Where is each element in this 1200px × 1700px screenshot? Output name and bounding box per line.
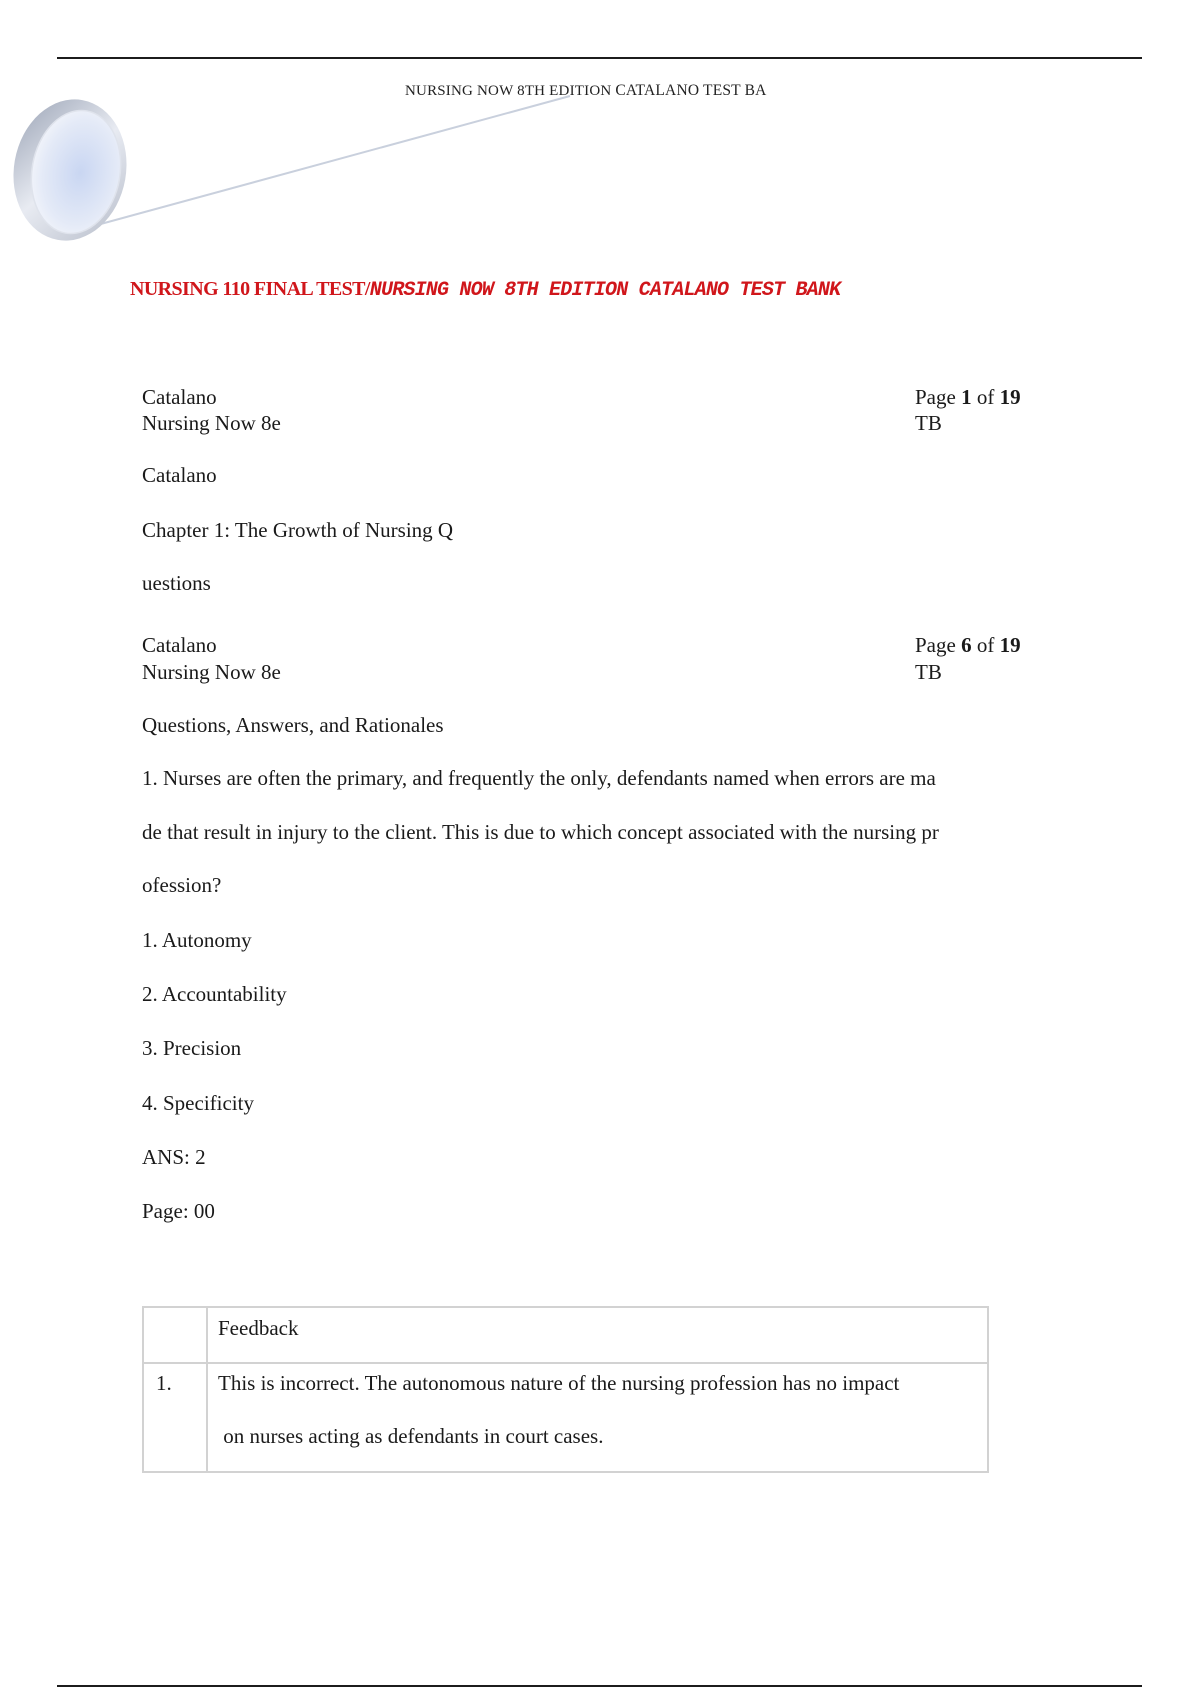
answer-key: ANS: 2 [142,1144,206,1170]
intro-author: Catalano [142,462,217,488]
question-stem-line-2: de that result in injury to the client. … [142,819,939,845]
question-stem-line-3: ofession? [142,872,221,898]
running-header-part2: CATALANO TEST BA [615,82,766,99]
page-label: Page [915,385,961,409]
page-total: 19 [1000,633,1021,657]
feedback-row-number: 1. [156,1371,172,1396]
feedback-row-text-line-1: This is incorrect. The autonomous nature… [218,1371,899,1396]
document-title-book: NURSING NOW 8TH EDITION CATALANO TEST BA… [370,279,840,302]
answer-option-2: 2. Accountability [142,981,287,1007]
feedback-table-column-divider [206,1308,208,1471]
page-header-1-author: Catalano [142,384,217,410]
page-label: Page [915,633,961,657]
feedback-table-row-divider [144,1362,987,1364]
page-header-2-author: Catalano [142,632,217,658]
answer-option-3: 3. Precision [142,1035,241,1061]
page-current: 6 [961,633,972,657]
page-of: of [972,385,1000,409]
document-title-course: NURSING 110 FINAL TEST/ [130,278,370,300]
disc-logo-icon [0,80,580,250]
footer-rule [57,1685,1142,1687]
answer-option-1: 1. Autonomy [142,927,252,953]
page-header-2-code: TB [915,659,942,685]
chapter-title: Chapter 1: The Growth of Nursing Q [142,517,453,543]
running-header-part1: NURSING NOW 8TH EDITION [405,83,611,99]
page-header-2-book: Nursing Now 8e [142,659,281,685]
page-of: of [972,633,1000,657]
page-total: 19 [1000,385,1021,409]
page-header-1-book: Nursing Now 8e [142,410,281,436]
page-header-1-page-number: Page 1 of 19 [915,384,1021,410]
section-title: Questions, Answers, and Rationales [142,712,444,738]
page-header-1-code: TB [915,410,942,436]
answer-option-4: 4. Specificity [142,1090,254,1116]
chapter-title-wrap: uestions [142,570,211,596]
document-title: NURSING 110 FINAL TEST/NURSING NOW 8TH E… [130,278,840,302]
feedback-table: Feedback 1. This is incorrect. The auton… [142,1306,989,1473]
feedback-row-text-line-2: on nurses acting as defendants in court … [218,1424,603,1449]
page-reference: Page: 00 [142,1198,215,1224]
page-header-2-page-number: Page 6 of 19 [915,632,1021,658]
header-rule [57,57,1142,59]
running-header: NURSING NOW 8TH EDITION CATALANO TEST BA [405,82,767,100]
feedback-table-header: Feedback [218,1316,298,1341]
page-current: 1 [961,385,972,409]
question-stem-line-1: 1. Nurses are often the primary, and fre… [142,765,936,791]
